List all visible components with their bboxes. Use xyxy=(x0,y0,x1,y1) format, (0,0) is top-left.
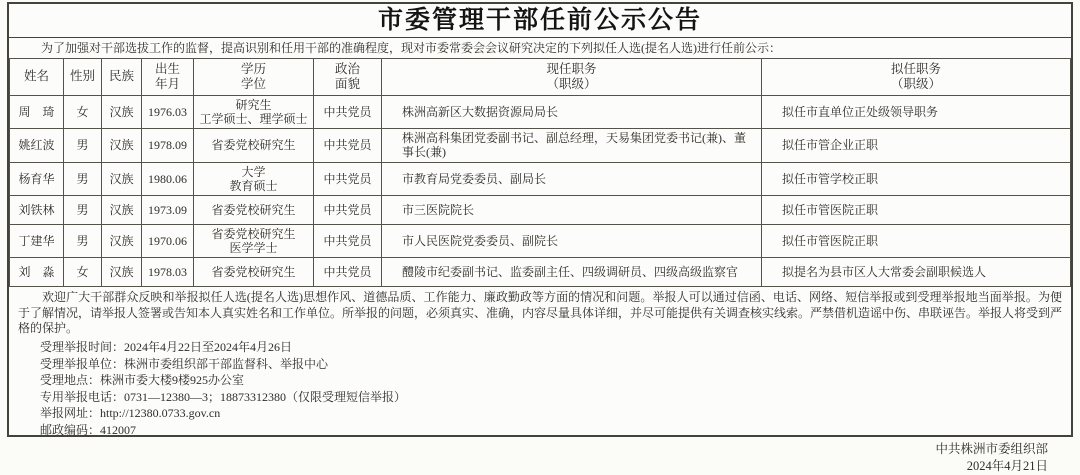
col-header-gender: 性别 xyxy=(64,58,102,95)
table-row: 刘 淼 女 汉族 1978.03 省委党校研究生 中共党员 醴陵市纪委副书记、监… xyxy=(10,258,1071,287)
cell-party: 中共党员 xyxy=(314,224,382,257)
cell-current-position: 市人民医院党委委员、副院长 xyxy=(382,224,762,257)
cell-name: 刘铁林 xyxy=(10,195,64,224)
cell-name: 刘 淼 xyxy=(10,258,64,287)
col-header-current-position: 现任职务 （职级） xyxy=(382,58,762,95)
cell-gender: 女 xyxy=(64,258,102,287)
cell-name: 姚红波 xyxy=(10,129,64,162)
cell-party: 中共党员 xyxy=(314,129,382,162)
cell-party: 中共党员 xyxy=(314,195,382,224)
cell-education: 省委党校研究生 xyxy=(194,129,314,162)
cell-party: 中共党员 xyxy=(314,258,382,287)
intro-paragraph: 为了加强对干部选拔工作的监督，提高识别和任用干部的准确程度，现对市委常委会会议研… xyxy=(9,38,1071,58)
cell-name: 丁建华 xyxy=(10,224,64,257)
cell-current-position: 市三医院院长 xyxy=(382,195,762,224)
cell-birth: 1978.09 xyxy=(142,129,194,162)
col-header-education: 学历 学位 xyxy=(194,58,314,95)
table-header-row: 姓名 性别 民族 出生 年月 学历 学位 政治 面貌 现任职务 （职级） 拟任职… xyxy=(10,58,1071,95)
table-body: 周 琦 女 汉族 1976.03 研究生 工学硕士、理学硕士 中共党员 株洲高新… xyxy=(10,95,1071,286)
cell-ethnicity: 汉族 xyxy=(102,195,142,224)
cell-education: 大学 教育硕士 xyxy=(194,162,314,195)
cell-birth: 1978.03 xyxy=(142,258,194,287)
col-header-party: 政治 面貌 xyxy=(314,58,382,95)
cell-proposed-position: 拟任市直单位正处级领导职务 xyxy=(762,95,1071,128)
cell-education: 省委党校研究生 xyxy=(194,195,314,224)
page-title: 市委管理干部任前公示公告 xyxy=(9,4,1071,38)
footer-section: 欢迎广大干部群众反映和举报拟任人选(提名人选)思想作风、道德品质、工作能力、廉政… xyxy=(9,287,1071,440)
table-row: 周 琦 女 汉族 1976.03 研究生 工学硕士、理学硕士 中共党员 株洲高新… xyxy=(10,95,1071,128)
announcement-document: 市委管理干部任前公示公告 为了加强对干部选拔工作的监督，提高识别和任用干部的准确… xyxy=(7,2,1073,437)
col-header-birth: 出生 年月 xyxy=(142,58,194,95)
cell-gender: 男 xyxy=(64,195,102,224)
cell-proposed-position: 拟提名为县市区人大常委会副职候选人 xyxy=(762,258,1071,287)
table-row: 丁建华 男 汉族 1970.06 省委党校研究生 医学学士 中共党员 市人民医院… xyxy=(10,224,1071,257)
cell-ethnicity: 汉族 xyxy=(102,95,142,128)
cell-ethnicity: 汉族 xyxy=(102,129,142,162)
cell-party: 中共党员 xyxy=(314,162,382,195)
cadre-announcement-table: 姓名 性别 民族 出生 年月 学历 学位 政治 面貌 现任职务 （职级） 拟任职… xyxy=(9,58,1071,287)
cell-current-position: 市教育局党委委员、副局长 xyxy=(382,162,762,195)
cell-current-position: 株洲高新区大数据资源局局长 xyxy=(382,95,762,128)
cell-name: 周 琦 xyxy=(10,95,64,128)
report-unit-line: 受理举报单位：株洲市委组织部干部监督科、举报中心 xyxy=(18,356,1062,373)
cell-birth: 1976.03 xyxy=(142,95,194,128)
cell-ethnicity: 汉族 xyxy=(102,162,142,195)
table-row: 姚红波 男 汉族 1978.09 省委党校研究生 中共党员 株洲高科集团党委副书… xyxy=(10,129,1071,162)
cell-gender: 女 xyxy=(64,95,102,128)
cell-birth: 1980.06 xyxy=(142,162,194,195)
col-header-proposed-position: 拟任职务 （职级） xyxy=(762,58,1071,95)
cell-gender: 男 xyxy=(64,162,102,195)
cell-party: 中共党员 xyxy=(314,95,382,128)
cell-education: 研究生 工学硕士、理学硕士 xyxy=(194,95,314,128)
report-location-line: 受理地点：株洲市委大楼9楼925办公室 xyxy=(18,372,1062,389)
table-row: 杨育华 男 汉族 1980.06 大学 教育硕士 中共党员 市教育局党委委员、副… xyxy=(10,162,1071,195)
cell-proposed-position: 拟任市管企业正职 xyxy=(762,129,1071,162)
cell-gender: 男 xyxy=(64,129,102,162)
col-header-ethnicity: 民族 xyxy=(102,58,142,95)
cell-education: 省委党校研究生 医学学士 xyxy=(194,224,314,257)
cell-current-position: 株洲高科集团党委副书记、副总经理，天易集团党委书记(兼)、董事长(兼) xyxy=(382,129,762,162)
cell-gender: 男 xyxy=(64,224,102,257)
cell-birth: 1970.06 xyxy=(142,224,194,257)
report-notice-paragraph: 欢迎广大干部群众反映和举报拟任人选(提名人选)思想作风、道德品质、工作能力、廉政… xyxy=(18,290,1062,337)
cell-ethnicity: 汉族 xyxy=(102,224,142,257)
cell-current-position: 醴陵市纪委副书记、监委副主任、四级调研员、四级高级监察官 xyxy=(382,258,762,287)
col-header-name: 姓名 xyxy=(10,58,64,95)
report-phone-line: 专用举报电话：0731—12380—3；18873312380（仅限受理短信举报… xyxy=(18,389,1062,406)
table-row: 刘铁林 男 汉族 1973.09 省委党校研究生 中共党员 市三医院院长 拟任市… xyxy=(10,195,1071,224)
report-time-line: 受理举报时间：2024年4月22日至2024年4月26日 xyxy=(18,339,1062,356)
cell-proposed-position: 拟任市管医院正职 xyxy=(762,195,1071,224)
cell-ethnicity: 汉族 xyxy=(102,258,142,287)
postal-code-line: 邮政编码：412007 xyxy=(18,422,1062,439)
report-website-line: 举报网址：http://12380.0733.gov.cn xyxy=(18,405,1062,422)
cell-name: 杨育华 xyxy=(10,162,64,195)
cell-proposed-position: 拟任市管学校正职 xyxy=(762,162,1071,195)
cell-birth: 1973.09 xyxy=(142,195,194,224)
cell-proposed-position: 拟任市管医院正职 xyxy=(762,224,1071,257)
cell-education: 省委党校研究生 xyxy=(194,258,314,287)
